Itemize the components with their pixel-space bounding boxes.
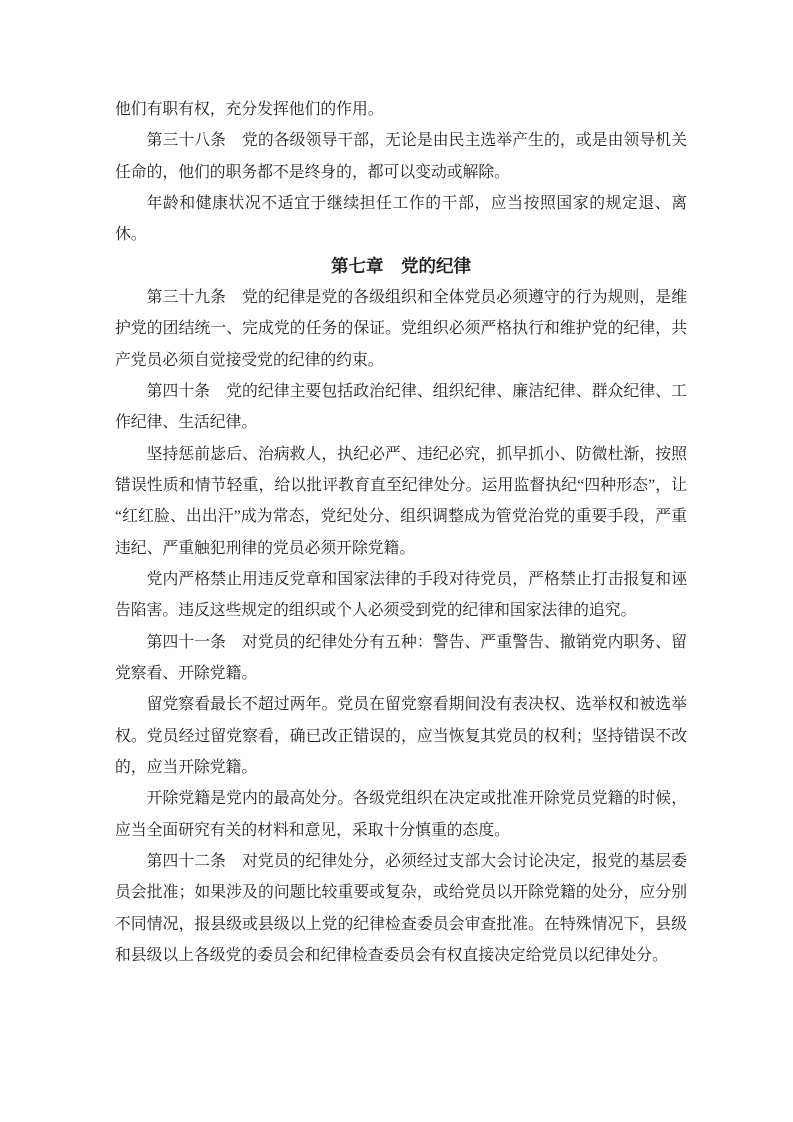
document-content: 他们有职有权，充分发挥他们的作用。第三十八条 党的各级领导干部，无论是由民主选举… bbox=[115, 94, 687, 971]
body-paragraph: 开除党籍是党内的最高处分。各级党组织在决定或批准开除党员党籍的时候，应当全面研究… bbox=[115, 783, 687, 846]
body-paragraph: 党内严格禁止用违反党章和国家法律的手段对待党员，严格禁止打击报复和诬告陷害。违反… bbox=[115, 564, 687, 627]
document-page: 他们有职有权，充分发挥他们的作用。第三十八条 党的各级领导干部，无论是由民主选举… bbox=[0, 0, 793, 1122]
body-paragraph: 第四十条 党的纪律主要包括政治纪律、组织纪律、廉洁纪律、群众纪律、工作纪律、生活… bbox=[115, 376, 687, 439]
body-paragraph: 第三十九条 党的纪律是党的各级组织和全体党员必须遵守的行为规则，是维护党的团结统… bbox=[115, 282, 687, 376]
body-paragraph: 留党察看最长不超过两年。党员在留党察看期间没有表决权、选举权和被选举权。党员经过… bbox=[115, 689, 687, 783]
body-paragraph: 他们有职有权，充分发挥他们的作用。 bbox=[115, 94, 687, 125]
body-paragraph: 年龄和健康状况不适宜于继续担任工作的干部，应当按照国家的规定退、离休。 bbox=[115, 188, 687, 251]
body-paragraph: 第三十八条 党的各级领导干部，无论是由民主选举产生的，或是由领导机关任命的，他们… bbox=[115, 125, 687, 188]
body-paragraph: 第四十二条 对党员的纪律处分，必须经过支部大会讨论决定，报党的基层委员会批准；如… bbox=[115, 846, 687, 971]
chapter-heading: 第七章 党的纪律 bbox=[115, 251, 687, 282]
body-paragraph: 第四十一条 对党员的纪律处分有五种：警告、严重警告、撤销党内职务、留党察看、开除… bbox=[115, 627, 687, 690]
body-paragraph: 坚持惩前毖后、治病救人，执纪必严、违纪必究，抓早抓小、防微杜渐，按照错误性质和情… bbox=[115, 439, 687, 564]
